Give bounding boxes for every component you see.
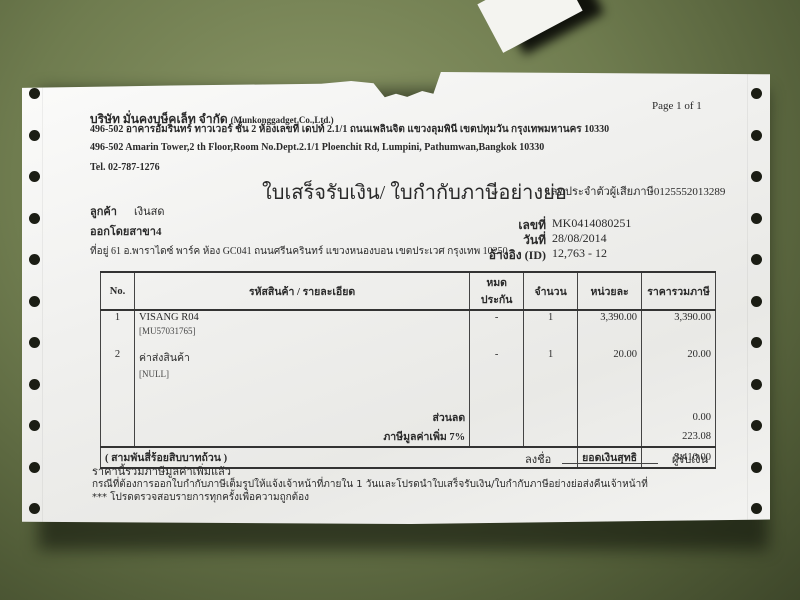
company-address-en: 496-502 Amarin Tower,2 th Floor,Room No.… — [90, 142, 544, 153]
row-warranty: - — [470, 348, 524, 408]
perforation-hole — [29, 130, 40, 141]
perforation-hole — [751, 130, 762, 141]
discount-row: ส่วนลด 0.00 — [101, 408, 716, 427]
company-address-th: 496-502 อาคารอัมรินทร์ ทาวเวอร์ ชั้น 2 ห… — [90, 122, 609, 137]
discount-label: ส่วนลด — [134, 408, 469, 427]
customer-value: เงินสด — [134, 202, 165, 220]
row-item-code: [MU57031765] — [139, 326, 465, 336]
perforation-hole — [29, 503, 40, 514]
receiver-label: ผู้รับเงิน — [672, 450, 708, 468]
perforation-hole — [29, 296, 40, 307]
col-header-qty: จำนวน — [524, 272, 578, 310]
reference-id: 12,763 - 12 — [552, 246, 607, 261]
items-table: No. รหัสสินค้า / รายละเอียด หมดประกัน จำ… — [100, 271, 716, 469]
background-paper-corner — [477, 0, 582, 53]
discount-value: 0.00 — [642, 408, 716, 427]
table-header-row: No. รหัสสินค้า / รายละเอียด หมดประกัน จำ… — [101, 272, 716, 310]
row-qty: 1 — [524, 310, 578, 348]
net-total-label: ยอดเงินสุทธิ — [578, 447, 642, 468]
page-indicator: Page 1 of 1 — [652, 100, 702, 112]
receipt-paper: บริษัท มั่นคงบุษ็คเล็ท จำกัด (Munkonggad… — [22, 72, 770, 524]
col-header-item: รหัสสินค้า / รายละเอียด — [134, 272, 469, 310]
perforation-line-right — [747, 72, 748, 524]
row-item: ค่าส่งสินค้า [NULL] — [134, 348, 469, 408]
perforation-hole — [29, 462, 40, 473]
signature-line — [562, 463, 658, 464]
vat-label: ภาษีมูลค่าเพิ่ม 7% — [134, 427, 469, 447]
perforation-hole — [751, 337, 762, 348]
tax-id: เลขประจำตัวผู้เสียภาษี0125552013289 — [547, 182, 725, 200]
row-no: 1 — [101, 310, 135, 348]
company-phone: Tel. 02-787-1276 — [90, 162, 160, 173]
perforation-hole — [751, 254, 762, 265]
perforation-hole — [29, 88, 40, 99]
row-unit-price: 3,390.00 — [578, 310, 642, 348]
reference-id-label: อ้างอิง (ID) — [456, 246, 546, 265]
perforation-hole — [29, 171, 40, 182]
col-header-warranty: หมดประกัน — [470, 272, 524, 310]
receipt-number: MK0414080251 — [552, 216, 631, 231]
row-item-code: [NULL] — [139, 369, 465, 379]
customer-label: ลูกค้า — [90, 202, 117, 220]
col-header-unit-price: หน่วยละ — [578, 272, 642, 310]
row-warranty: - — [470, 310, 524, 348]
perforation-hole — [751, 462, 762, 473]
row-unit-price: 20.00 — [578, 348, 642, 408]
perforation-hole — [751, 296, 762, 307]
vat-row: ภาษีมูลค่าเพิ่ม 7% 223.08 — [101, 427, 716, 447]
row-item: VISANG R04 [MU57031765] — [134, 310, 469, 348]
row-total: 20.00 — [642, 348, 716, 408]
col-header-total: ราคารวมภาษี — [642, 272, 716, 310]
document-title: ใบเสร็จรับเงิน/ ใบกำกับภาษีอย่างย่อ — [262, 176, 567, 208]
perforation-hole — [751, 88, 762, 99]
perforation-line-left — [42, 72, 43, 524]
table-row: 2 ค่าส่งสินค้า [NULL] - 1 20.00 20.00 — [101, 348, 716, 408]
check-items-note: *** โปรดตรวจสอบรายการทุกครั้งเพื่อความถู… — [92, 490, 309, 505]
table-row: 1 VISANG R04 [MU57031765] - 1 3,390.00 3… — [101, 310, 716, 348]
perforation-hole — [751, 503, 762, 514]
perforation-hole — [751, 379, 762, 390]
perforation-hole — [751, 213, 762, 224]
issued-by-branch: ออกโดยสาขา4 — [90, 222, 161, 240]
perforation-hole — [751, 171, 762, 182]
row-total: 3,390.00 — [642, 310, 716, 348]
col-header-no: No. — [101, 272, 135, 310]
row-no: 2 — [101, 348, 135, 408]
perforation-hole — [29, 254, 40, 265]
row-qty: 1 — [524, 348, 578, 408]
date-value: 28/08/2014 — [552, 231, 607, 246]
vat-value: 223.08 — [642, 427, 716, 447]
perforation-hole — [751, 420, 762, 431]
perforation-hole — [29, 337, 40, 348]
perforation-hole — [29, 420, 40, 431]
signature-label: ลงชื่อ — [525, 450, 551, 468]
perforation-hole — [29, 213, 40, 224]
perforation-hole — [29, 379, 40, 390]
branch-address: ที่อยู่ 61 อ.พาราไดซ์ พาร์ค ห้อง GC041 ถ… — [90, 244, 508, 259]
